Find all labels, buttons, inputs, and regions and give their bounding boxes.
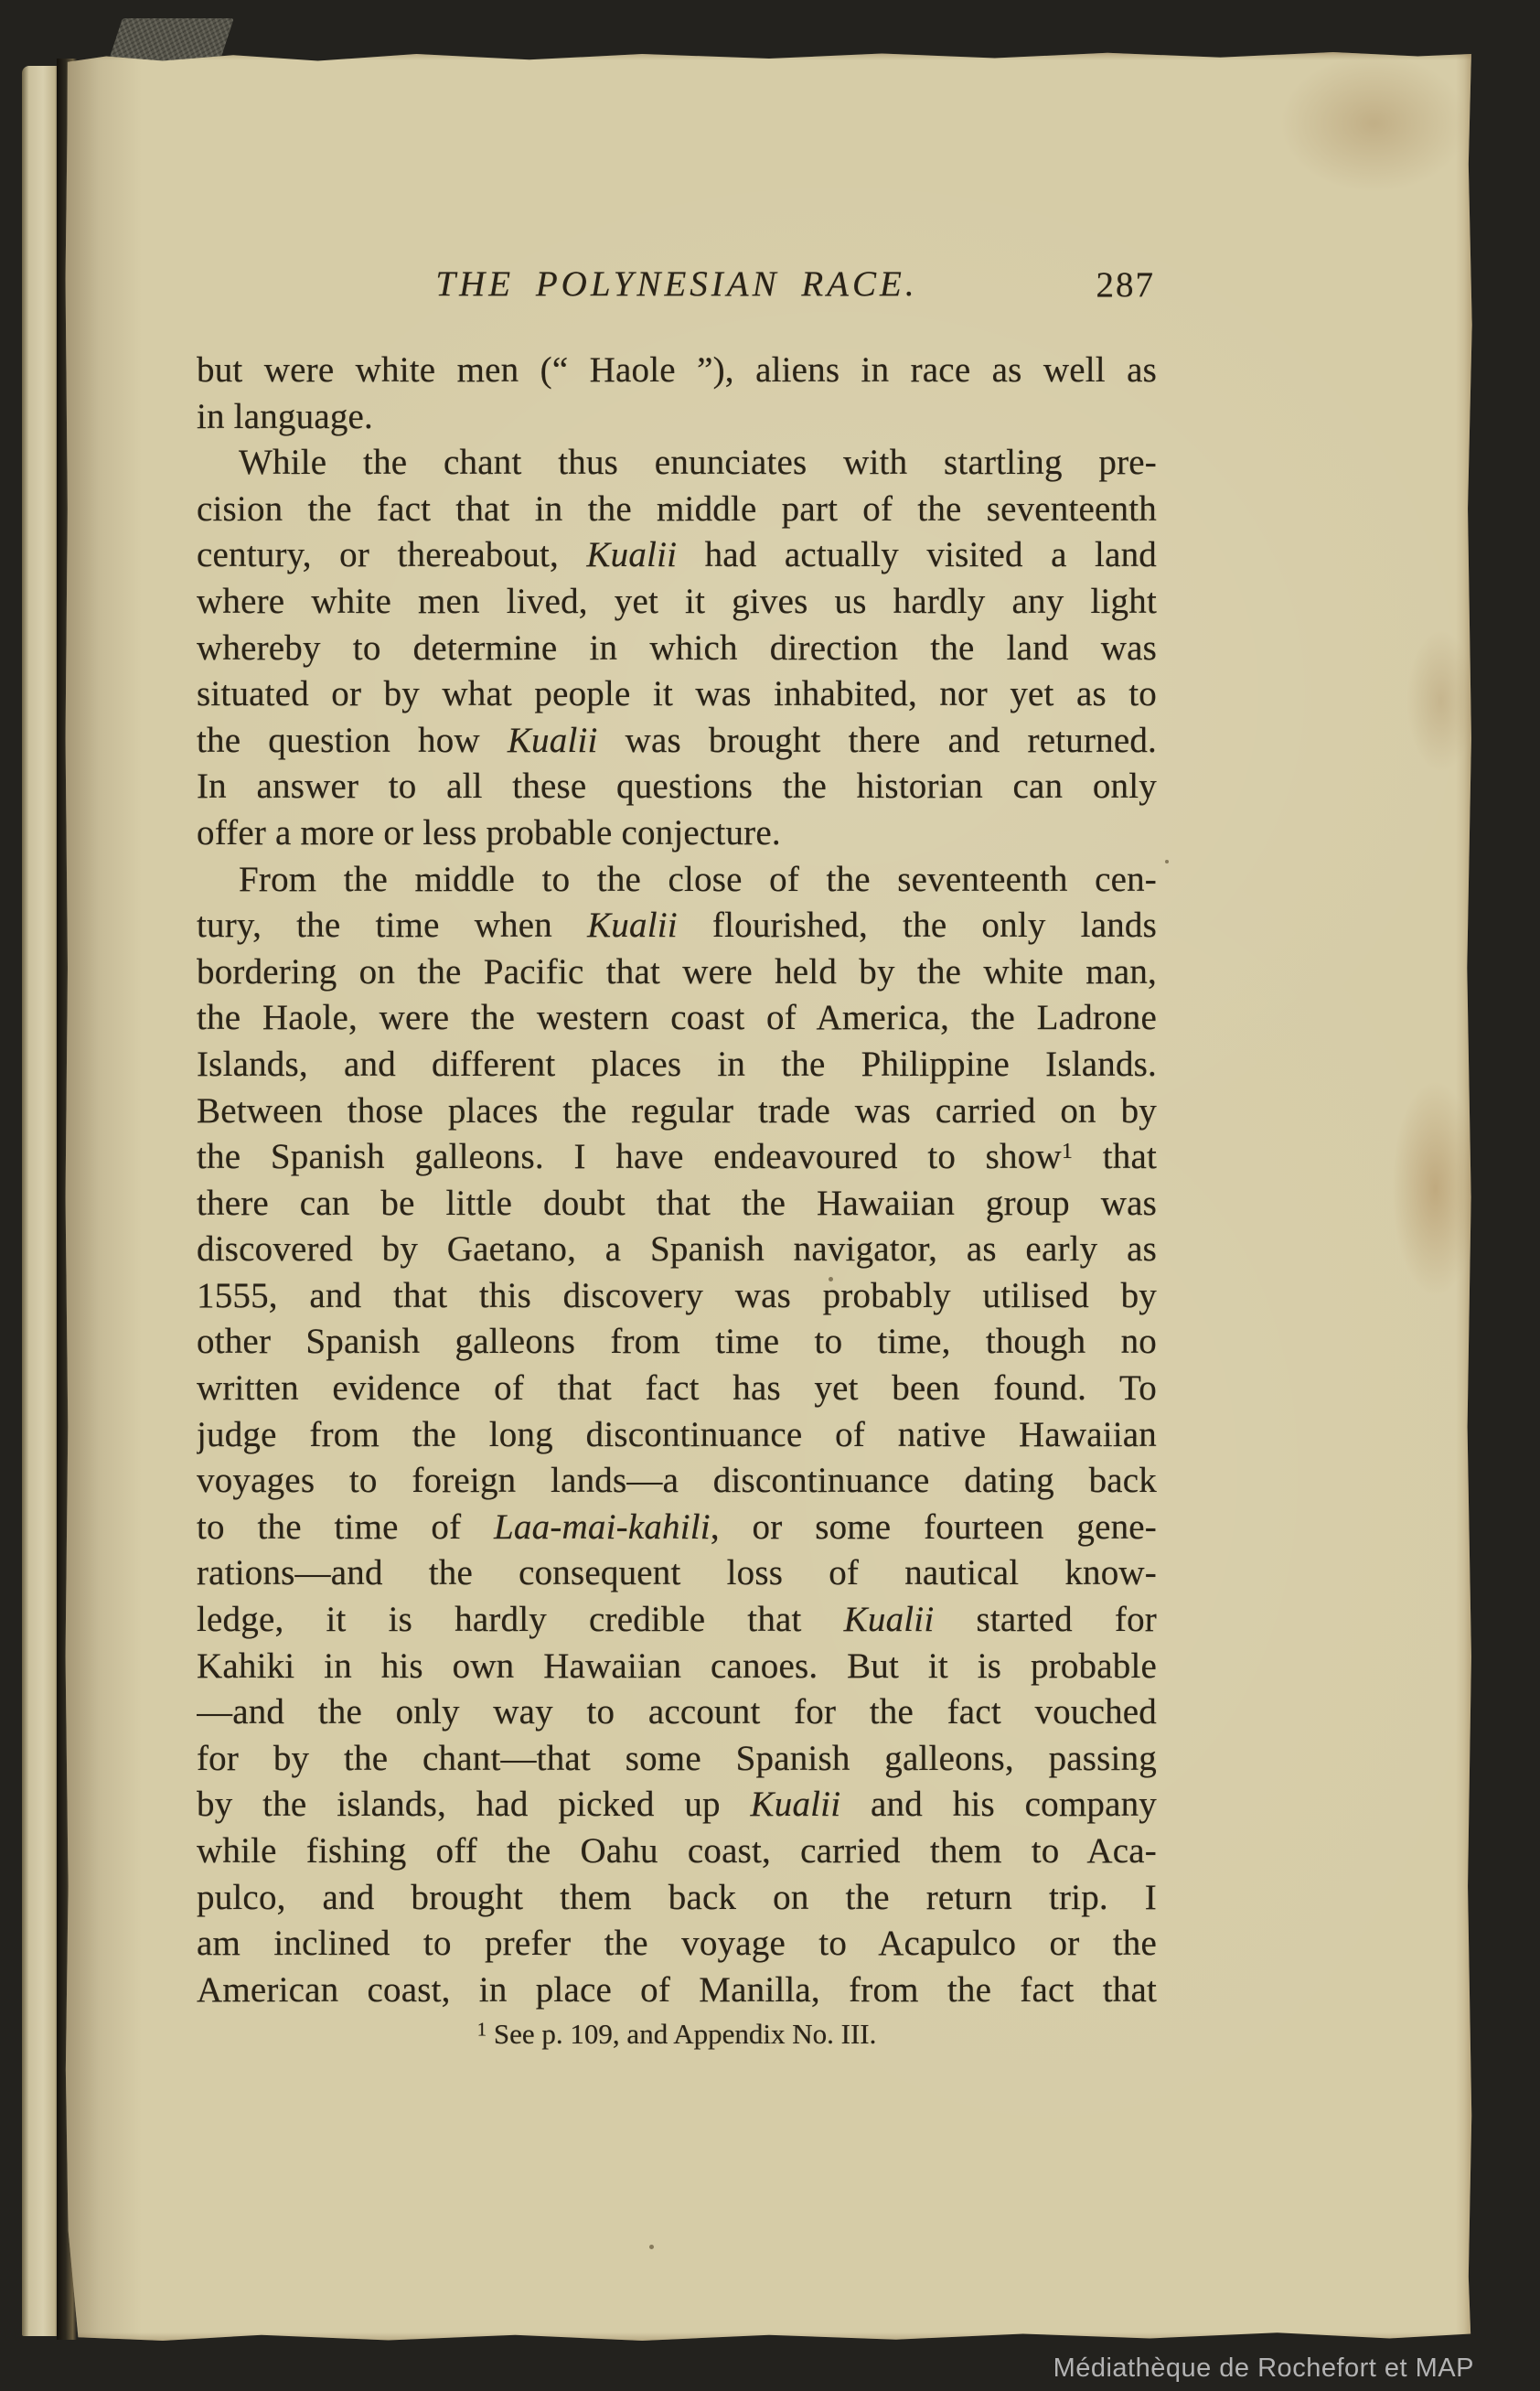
page-edge-shading-bottom (64, 2332, 1474, 2345)
text-line: where white men lived, yet it gives us h… (197, 579, 1157, 626)
text-line: written evidence of that fact has yet be… (197, 1366, 1157, 1412)
text-line: for by the chant—that some Spanish galle… (197, 1736, 1157, 1783)
text-line: am inclined to prefer the voyage to Acap… (197, 1921, 1157, 1967)
stain (1406, 630, 1475, 772)
stain (1280, 55, 1468, 192)
watermark: Médiathèque de Rochefort et MAP (1053, 2353, 1474, 2384)
text-line: tury, the time when Kualii flourished, t… (197, 903, 1157, 949)
book-page: THE POLYNESIAN RACE. 287 but were white … (64, 49, 1474, 2345)
ink-speck (1165, 860, 1169, 863)
text-line: but were white men (“ Haole ”), aliens i… (197, 348, 1157, 394)
page-number: 287 (1096, 264, 1156, 306)
text-line: voyages to foreign lands—a discontinuanc… (197, 1458, 1157, 1505)
text-line: 1555, and that this discovery was probab… (197, 1273, 1157, 1320)
text-line: situated or by what people it was inhabi… (197, 671, 1157, 718)
book-scan-photo: THE POLYNESIAN RACE. 287 but were white … (0, 0, 1540, 2391)
text-line: cision the fact that in the middle part … (197, 487, 1157, 533)
body-text: but were white men (“ Haole ”), aliens i… (197, 348, 1157, 2013)
text-line: there can be little doubt that the Hawai… (197, 1181, 1157, 1228)
text-line: judge from the long discontinuance of na… (197, 1412, 1157, 1459)
text-line: the Haole, were the western coast of Ame… (197, 995, 1157, 1042)
text-line: while fishing off the Oahu coast, carrie… (197, 1828, 1157, 1875)
text-line: While the chant thus enunciates with sta… (197, 440, 1157, 487)
stain (1392, 1081, 1479, 1296)
text-line: In answer to all these questions the his… (197, 764, 1157, 810)
text-line: Between those places the regular trade w… (197, 1088, 1157, 1135)
binding-cloth (108, 18, 234, 62)
footnote: 1 See p. 109, and Appendix No. III. (197, 2018, 1157, 2051)
text-line: the Spanish galleons. I have endeavoured… (197, 1134, 1157, 1181)
text-line: Kahiki in his own Hawaiian canoes. But i… (197, 1644, 1157, 1690)
text-line: ledge, it is hardly credible that Kualii… (197, 1597, 1157, 1644)
text-line: whereby to determine in which direction … (197, 626, 1157, 672)
running-header: THE POLYNESIAN RACE. 287 (197, 263, 1157, 305)
text-line: Islands, and different places in the Phi… (197, 1042, 1157, 1088)
header-title: THE POLYNESIAN RACE. (197, 263, 1157, 305)
text-line: —and the only way to account for the fac… (197, 1689, 1157, 1736)
text-line: in language. (197, 394, 1157, 441)
ink-speck (649, 2245, 654, 2249)
text-line: bordering on the Pacific that were held … (197, 949, 1157, 996)
footnote-text: 1 See p. 109, and Appendix No. III. (477, 2018, 877, 2050)
text-line: by the islands, had picked up Kualii and… (197, 1782, 1157, 1828)
page-edge-shading-left (64, 49, 142, 2345)
text-line: offer a more or less probable conjecture… (197, 810, 1157, 857)
facing-page-edge (22, 66, 60, 2336)
text-line: pulco, and brought them back on the retu… (197, 1875, 1157, 1922)
page-edge-shading-right (1456, 49, 1474, 2345)
page-edge-shading-top (64, 49, 1474, 60)
text-line: discovered by Gaetano, a Spanish navigat… (197, 1227, 1157, 1273)
text-line: American coast, in place of Manilla, fro… (197, 1967, 1157, 2014)
text-line: to the time of Laa-mai-kahili, or some f… (197, 1505, 1157, 1551)
text-line: century, or thereabout, Kualii had actua… (197, 532, 1157, 579)
text-line: rations—and the consequent loss of nauti… (197, 1550, 1157, 1597)
text-line: From the middle to the close of the seve… (197, 857, 1157, 904)
text-line: other Spanish galleons from time to time… (197, 1319, 1157, 1366)
text-line: the question how Kualii was brought ther… (197, 718, 1157, 765)
